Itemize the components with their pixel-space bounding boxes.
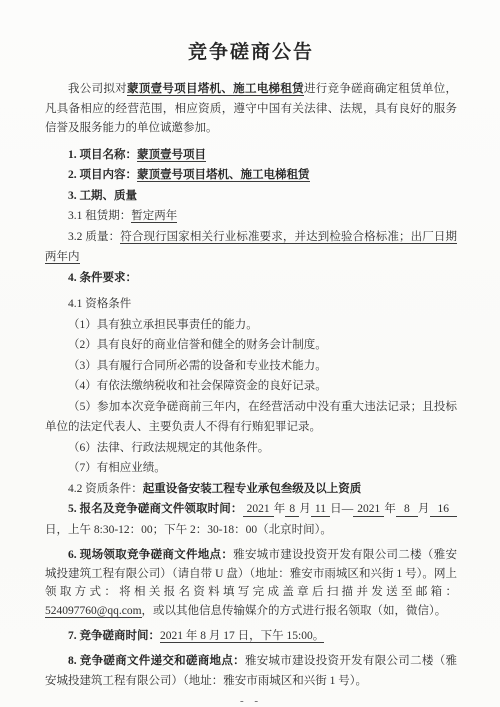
item-project-content-value: 蒙顶壹号项目塔机、施工电梯租赁 [137, 169, 310, 182]
item-consultation-time: 7. 竞争磋商时间：2021 年 8 月 17 日，下午 15:00。 [45, 626, 457, 647]
signup-month-start: 8 [285, 503, 299, 517]
signup-sep: 年 [384, 503, 396, 515]
item-signup-time-label: 5. 报名及竞争磋商文件领取时间： [68, 503, 243, 515]
condition-item-6: （6）法律、行政法规规定的其他条件。 [45, 438, 457, 459]
item-project-name-label: 1. 项目名称： [68, 149, 137, 161]
item-project-content-label: 2. 项目内容： [68, 169, 137, 181]
condition-item-2: （2）具有良好的商业信誉和健全的财务会计制度。 [45, 335, 457, 356]
signup-sep: 日— [330, 503, 353, 515]
item-project-name: 1. 项目名称：蒙顶壹号项目 [45, 145, 457, 166]
item-qualification-header: 4.1 资格条件 [45, 294, 457, 315]
item-project-content: 2. 项目内容：蒙顶壹号项目塔机、施工电梯租赁 [45, 165, 457, 186]
item-project-name-value: 蒙顶壹号项目 [137, 149, 206, 162]
item-credential-value: 起重设备安装工程专业承包叁级及以上资质 [143, 483, 362, 495]
item-credential-label: 4.2 资质条件： [68, 483, 143, 495]
item-quality-label: 3.2 质量： [68, 231, 120, 243]
signup-day-start: 11 [311, 503, 330, 517]
item-quality: 3.2 质量：符合现行国家相关行业标准要求，并达到检验合格标准；出厂日期两年内 [45, 227, 457, 268]
item-submission-location-label: 8. 竞争磋商文件递交和磋商地点： [68, 655, 245, 667]
signup-year-start: 2021 [243, 503, 274, 517]
item-lease-term-label: 3.1 租赁期： [68, 210, 131, 222]
item-consultation-time-label: 7. 竞争磋商时间： [68, 630, 160, 642]
condition-item-7: （7）有相应业绩。 [45, 458, 457, 479]
item-lease-term: 3.1 租赁期：暂定两年 [45, 206, 457, 227]
signup-sep: 年 [274, 503, 286, 515]
item-consultation-time-value: 2021 年 8 月 17 日，下午 15:00。 [160, 630, 324, 643]
email-text: 524097760@qq.com [45, 605, 142, 618]
signup-time-tail: 日，上午 8:30-12：00；下午 2：30-18：00（北京时间）。 [45, 524, 332, 536]
item-pickup-location-label: 6. 现场领取竞争磋商文件地点： [68, 549, 233, 561]
condition-item-1: （1）具有独立承担民事责任的能力。 [45, 315, 457, 336]
intro-highlight: 蒙顶壹号项目塔机、施工电梯租赁 [127, 83, 304, 96]
item-requirements-label: 4. 条件要求： [68, 272, 137, 284]
item-duration-quality: 3. 工期、质量 [45, 186, 457, 207]
item-lease-term-value: 暂定两年 [131, 210, 177, 223]
signup-sep: 月 [418, 503, 430, 515]
intro-prefix: 我公司拟对 [68, 83, 127, 95]
item-submission-location: 8. 竞争磋商文件递交和磋商地点：雅安城市建设投资开发有限公司二楼（雅安城投建筑… [45, 651, 457, 692]
item-credential: 4.2 资质条件：起重设备安装工程专业承包叁级及以上资质 [45, 479, 457, 500]
document-page: 竞争磋商公告 我公司拟对蒙顶壹号项目塔机、施工电梯租赁进行竞争磋商确定租赁单位，… [0, 0, 500, 707]
signup-day-end: 16 [430, 503, 458, 517]
item-signup-time: 5. 报名及竞争磋商文件领取时间：2021年8月11日—2021年8月16日，上… [45, 499, 457, 540]
intro-paragraph: 我公司拟对蒙顶壹号项目塔机、施工电梯租赁进行竞争磋商确定租赁单位，凡具备相应的经… [45, 80, 457, 139]
document-body: 我公司拟对蒙顶壹号项目塔机、施工电梯租赁进行竞争磋商确定租赁单位，凡具备相应的经… [45, 80, 457, 707]
page-title: 竞争磋商公告 [45, 40, 457, 66]
page-number-footer: - - [45, 695, 457, 707]
signup-month-end: 8 [396, 503, 418, 517]
item-requirements: 4. 条件要求： [45, 268, 457, 289]
item-qualification-header-label: 4.1 资格条件 [68, 298, 131, 310]
condition-item-4: （4）有依法缴纳税收和社会保障资金的良好记录。 [45, 376, 457, 397]
item-pickup-location: 6. 现场领取竞争磋商文件地点：雅安城市建设投资开发有限公司二楼（雅安城投建筑工… [45, 546, 457, 620]
pickup-location-text-2: ，或以其他信息传输媒介的方式进行报名领取（如，微信）。 [142, 605, 447, 617]
condition-item-5: （5）参加本次竞争磋商前三年内，在经营活动中没有重大违法记录；且投标单位的法定代… [45, 397, 457, 438]
item-duration-quality-label: 3. 工期、质量 [68, 190, 137, 202]
condition-item-3: （3）具有履行合同所必需的设备和专业技术能力。 [45, 356, 457, 377]
signup-sep: 月 [299, 503, 311, 515]
signup-year-end: 2021 [353, 503, 384, 517]
